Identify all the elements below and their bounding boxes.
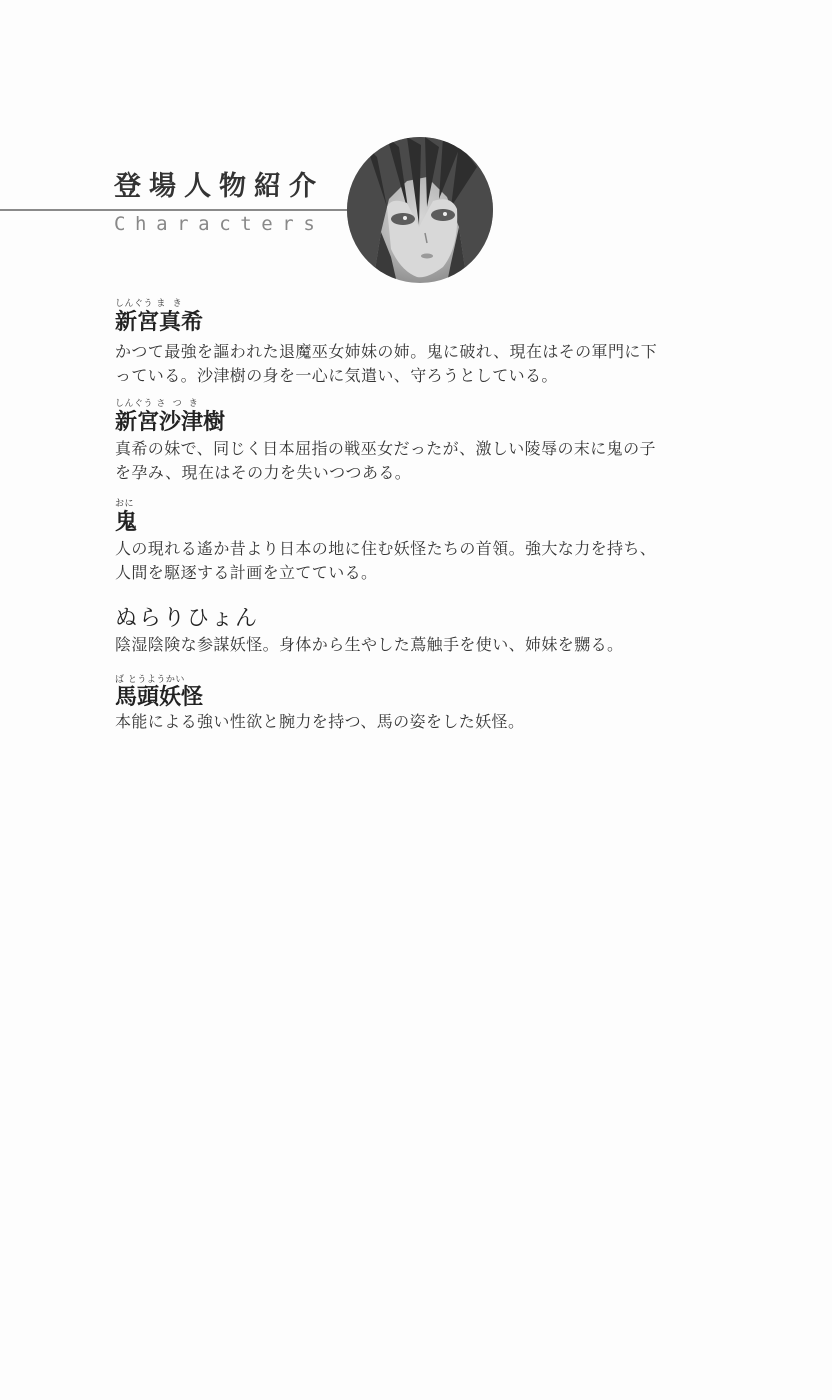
name-reading: しんぐう さ つ き xyxy=(115,399,198,409)
description-line: 人の現れる遙か昔より日本の地に住む妖怪たちの首領。強大な力を持ち、 xyxy=(115,537,655,561)
character-name: 鬼 xyxy=(115,510,137,534)
character-name: 新宮真希 xyxy=(115,310,203,334)
name-reading: しんぐう ま き xyxy=(115,299,182,309)
character-description: 真希の妹で、同じく日本屈指の戦巫女だったが、激しい陵辱の末に鬼の子 を孕み、現在… xyxy=(115,437,655,485)
character-name: 馬頭妖怪 xyxy=(115,685,203,709)
name-reading: おに xyxy=(115,499,134,509)
character-name: 新宮沙津樹 xyxy=(115,410,225,434)
description-line: 真希の妹で、同じく日本屈指の戦巫女だったが、激しい陵辱の末に鬼の子 xyxy=(115,437,655,461)
character-portrait-icon xyxy=(347,137,493,283)
page: 登場人物紹介 Characters しんぐう ま き 新宮真希 xyxy=(0,0,832,1400)
character-name: ぬらりひょん xyxy=(115,607,259,631)
page-title: 登場人物紹介 xyxy=(114,170,324,204)
character-description: かつて最強を謳われた退魔巫女姉妹の姉。鬼に破れ、現在はその軍門に下 っている。沙… xyxy=(115,340,655,388)
description-line: 陰湿陰険な参謀妖怪。身体から生やした蔦触手を使い、姉妹を嬲る。 xyxy=(115,633,655,657)
description-line: を孕み、現在はその力を失いつつある。 xyxy=(115,461,655,485)
description-line: 人間を駆逐する計画を立てている。 xyxy=(115,561,655,585)
description-line: 本能による強い性欲と腕力を持つ、馬の姿をした妖怪。 xyxy=(115,710,655,734)
character-description: 人の現れる遙か昔より日本の地に住む妖怪たちの首領。強大な力を持ち、 人間を駆逐す… xyxy=(115,537,655,585)
description-line: っている。沙津樹の身を一心に気遣い、守ろうとしている。 xyxy=(115,364,655,388)
description-line: かつて最強を謳われた退魔巫女姉妹の姉。鬼に破れ、現在はその軍門に下 xyxy=(115,340,655,364)
character-description: 本能による強い性欲と腕力を持つ、馬の姿をした妖怪。 xyxy=(115,710,655,734)
title-divider xyxy=(0,209,352,211)
character-description: 陰湿陰険な参謀妖怪。身体から生やした蔦触手を使い、姉妹を嬲る。 xyxy=(115,633,655,657)
page-subtitle: Characters xyxy=(114,212,324,236)
